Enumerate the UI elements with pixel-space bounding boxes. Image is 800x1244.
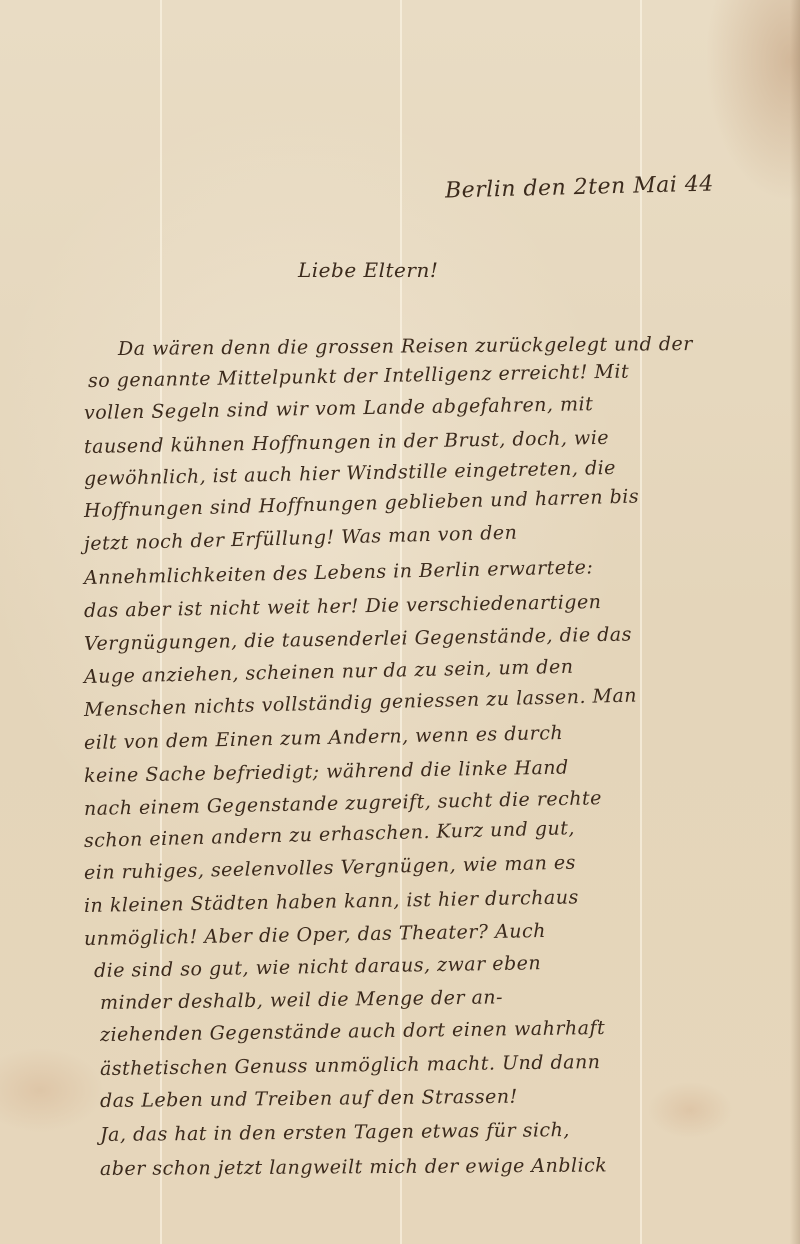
- paper-edge-shadow: [790, 0, 800, 1244]
- letter-line: das Leben und Treiben auf den Strassen!: [100, 1086, 518, 1112]
- letter-salutation: Liebe Eltern!: [298, 258, 438, 282]
- letter-line: aber schon jetzt langweilt mich der ewig…: [100, 1154, 607, 1180]
